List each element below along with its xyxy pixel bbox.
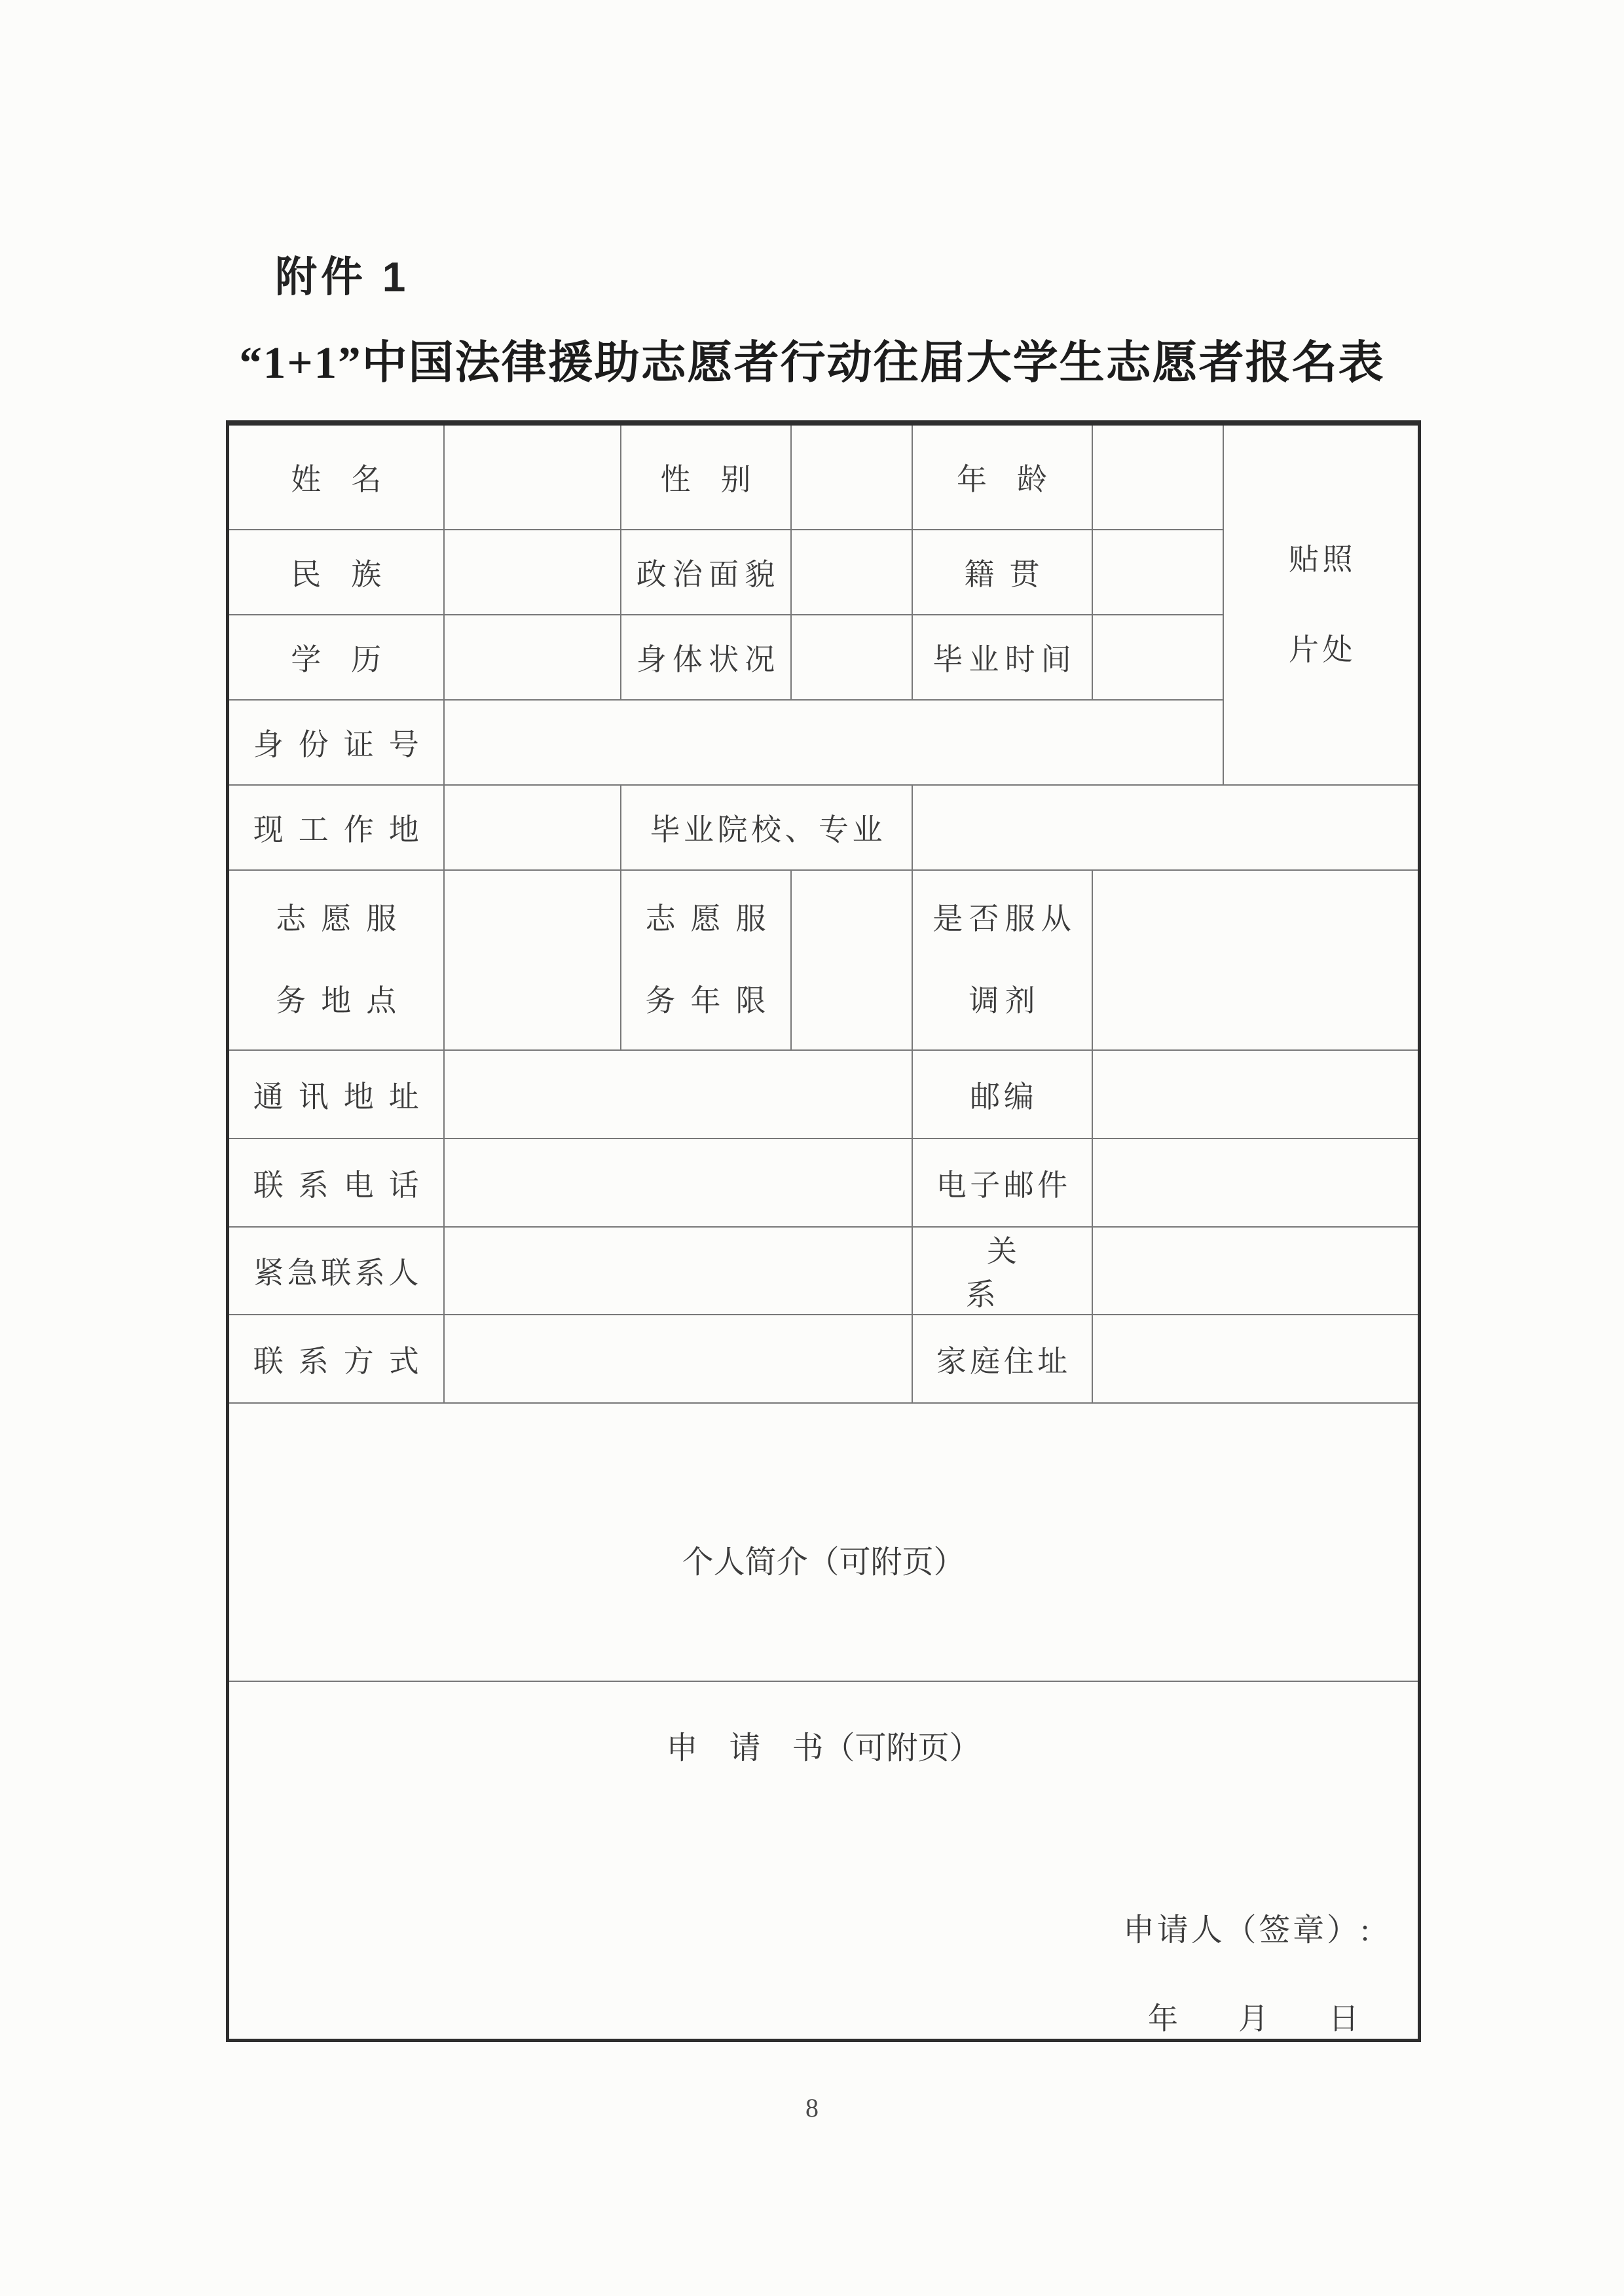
table-row: 现工作地 毕业院校、专业 <box>228 785 1420 870</box>
education-label: 学历 <box>228 615 444 700</box>
attachment-label: 附件 1 <box>275 244 409 304</box>
id-number-label: 身份证号 <box>228 700 444 785</box>
email-label: 电子邮件 <box>912 1139 1092 1227</box>
emergency-contact-value-cell <box>444 1227 912 1315</box>
home-address-label: 家庭住址 <box>912 1315 1092 1403</box>
mailing-address-label: 通讯地址 <box>228 1050 444 1139</box>
current-workplace-label: 现工作地 <box>228 785 444 870</box>
obey-adjustment-value-cell <box>1092 870 1420 1050</box>
education-value-cell <box>444 615 621 700</box>
phone-value-cell <box>444 1139 912 1227</box>
application-section-body: 申 请 书（可附页） 申请人（签章）: 年 月 日 <box>229 1682 1418 2039</box>
form-title: “1+1”中国法律援助志愿者行动往届大学生志愿者报名表 <box>0 326 1624 391</box>
relationship-value-cell <box>1092 1227 1420 1315</box>
table-row: 姓名 性别 年龄 贴照 片处 <box>228 423 1420 530</box>
table-row: 申 请 书（可附页） 申请人（签章）: 年 月 日 <box>228 1681 1420 2041</box>
name-label: 姓名 <box>228 423 444 530</box>
political-status-label: 政治面貌 <box>621 530 791 615</box>
gender-label: 性别 <box>621 423 791 530</box>
current-workplace-value-cell <box>444 785 621 870</box>
profile-section-title: 个人简介（可附页） <box>229 1503 1418 1582</box>
table-row: 志愿服 务地点 志愿服 务年限 是否服从 调剂 <box>228 870 1420 1050</box>
school-major-label: 毕业院校、专业 <box>621 785 912 870</box>
service-location-value-cell <box>444 870 621 1050</box>
scanned-form-page: 附件 1 “1+1”中国法律援助志愿者行动往届大学生志愿者报名表 姓名 性别 年… <box>0 0 1624 2296</box>
ethnicity-label: 民族 <box>228 530 444 615</box>
table-row: 联系电话 电子邮件 <box>228 1139 1420 1227</box>
graduation-time-label: 毕业时间 <box>912 615 1092 700</box>
name-value-cell <box>444 423 621 530</box>
relationship-label: 关系 <box>912 1227 1092 1315</box>
service-location-label: 志愿服 务地点 <box>228 870 444 1050</box>
date-label: 年 月 日 <box>1148 1995 1359 2038</box>
photo-label-line1: 贴照 <box>1285 543 1356 576</box>
health-condition-value-cell <box>791 615 912 700</box>
age-label: 年龄 <box>912 423 1092 530</box>
gender-value-cell <box>791 423 912 530</box>
registration-table: 姓名 性别 年龄 贴照 片处 民族 政治面貌 籍贯 学历 身体状况 <box>226 420 1421 2042</box>
page-number: 8 <box>0 2092 1624 2123</box>
table-row: 联系方式 家庭住址 <box>228 1315 1420 1403</box>
table-row: 通讯地址 邮编 <box>228 1050 1420 1139</box>
photo-paste-area: 贴照 片处 <box>1223 423 1420 785</box>
email-value-cell <box>1092 1139 1420 1227</box>
applicant-signature-label: 申请人（签章）: <box>1123 1904 1372 1950</box>
home-address-value-cell <box>1092 1315 1420 1403</box>
obey-adjustment-label: 是否服从 调剂 <box>912 870 1092 1050</box>
mailing-address-value-cell <box>444 1050 912 1139</box>
contact-method-value-cell <box>444 1315 912 1403</box>
id-number-value-cell <box>444 700 1223 785</box>
ethnicity-value-cell <box>444 530 621 615</box>
table-row: 个人简介（可附页） <box>228 1403 1420 1681</box>
service-years-value-cell <box>791 870 912 1050</box>
age-value-cell <box>1092 423 1223 530</box>
postal-code-value-cell <box>1092 1050 1420 1139</box>
graduation-time-value-cell <box>1092 615 1223 700</box>
political-status-value-cell <box>791 530 912 615</box>
table-row: 紧急联系人 关系 <box>228 1227 1420 1315</box>
service-years-label: 志愿服 务年限 <box>621 870 791 1050</box>
application-section: 申 请 书（可附页） 申请人（签章）: 年 月 日 <box>228 1681 1420 2041</box>
phone-label: 联系电话 <box>228 1139 444 1227</box>
postal-code-label: 邮编 <box>912 1050 1092 1139</box>
health-condition-label: 身体状况 <box>621 615 791 700</box>
photo-label-line2: 片处 <box>1285 633 1356 666</box>
profile-section: 个人简介（可附页） <box>228 1403 1420 1681</box>
native-place-label: 籍贯 <box>912 530 1092 615</box>
contact-method-label: 联系方式 <box>228 1315 444 1403</box>
application-section-title: 申 请 书（可附页） <box>229 1682 1418 1768</box>
school-major-value-cell <box>912 785 1420 870</box>
emergency-contact-label: 紧急联系人 <box>228 1227 444 1315</box>
native-place-value-cell <box>1092 530 1223 615</box>
